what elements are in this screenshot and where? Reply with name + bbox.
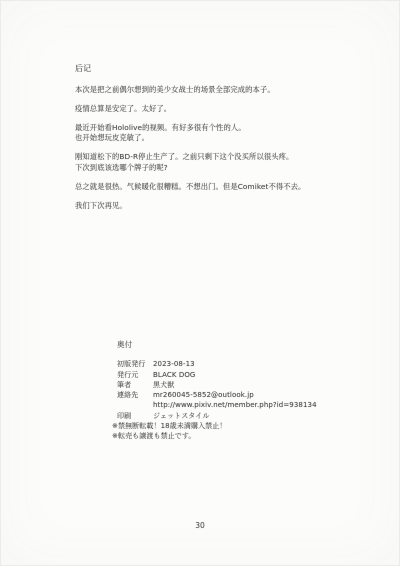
afterword-text-line: 最近开始看Hololive的视频。有好多很有个性的人。 — [75, 123, 375, 134]
afterword-paragraph: 最近开始看Hololive的视频。有好多很有个性的人。 也开始想玩皮克敏了。 — [75, 123, 375, 144]
colophon-label: 印刷 — [117, 411, 153, 421]
afterword-text-line: 也开始想玩皮克敏了。 — [75, 133, 375, 144]
colophon-value-pixiv-url: http://www.pixiv.net/member.php?id=93813… — [153, 400, 377, 410]
afterword-paragraph: 刚知道松下的BD-R停止生产了。之前只剩下这个没买所以很头疼。 下次到底该选哪个… — [75, 152, 375, 173]
afterword-text-line: 疫情总算是安定了。太好了。 — [75, 104, 375, 115]
colophon-label: 初版発行 — [117, 359, 153, 369]
colophon-value-date: 2023-08-13 — [153, 359, 377, 369]
colophon-row-printer: 印刷 ジェットスタイル — [117, 411, 377, 421]
colophon-label: 発行元 — [117, 370, 153, 380]
afterword-section: 后记 本次是把之前偶尔想到的美少女战士的场景全部完成的本子。 疫情总算是安定了。… — [75, 64, 375, 220]
colophon-value-author: 黒犬獣 — [153, 380, 377, 390]
afterword-text-line: 总之就是很热。气候暖化很糟糕。不想出门。但是Comiket不得不去。 — [75, 182, 375, 193]
colophon-notice-no-resale: ※転売も譲渡も禁止です。 — [112, 431, 377, 441]
afterword-text-line: 本次是把之前偶尔想到的美少女战士的场景全部完成的本子。 — [75, 85, 375, 96]
afterword-paragraph: 总之就是很热。气候暖化很糟糕。不想出门。但是Comiket不得不去。 — [75, 182, 375, 193]
afterword-paragraph: 我们下次再见。 — [75, 201, 375, 212]
afterword-text-line: 我们下次再见。 — [75, 201, 375, 212]
page-number: 30 — [0, 521, 400, 530]
colophon-label: 筆者 — [117, 380, 153, 390]
afterword-paragraph: 本次是把之前偶尔想到的美少女战士的场景全部完成的本子。 — [75, 85, 375, 96]
colophon-row-first-edition: 初版発行 2023-08-13 — [117, 359, 377, 369]
colophon-value-email: mr260045-5852@outlook.jp — [153, 390, 377, 400]
afterword-paragraph: 疫情总算是安定了。太好了。 — [75, 104, 375, 115]
afterword-text-line: 刚知道松下的BD-R停止生产了。之前只剩下这个没买所以很头疼。 — [75, 152, 375, 163]
scanned-doujinshi-page: 后记 本次是把之前偶尔想到的美少女战士的场景全部完成的本子。 疫情总算是安定了。… — [0, 0, 400, 566]
afterword-title: 后记 — [75, 64, 375, 75]
colophon-label — [117, 400, 153, 410]
afterword-text-line: 下次到底该选哪个牌子的呢? — [75, 163, 375, 174]
colophon-row-publisher: 発行元 BLACK DOG — [117, 370, 377, 380]
colophon-row-contact: 連絡先 mr260045-5852@outlook.jp — [117, 390, 377, 400]
colophon-notice-no-reproduction: ※禁無断転載！18歳未満購入禁止！ — [112, 421, 377, 431]
colophon-value-printer: ジェットスタイル — [153, 411, 377, 421]
colophon-value-publisher: BLACK DOG — [153, 370, 377, 380]
colophon-row-author: 筆者 黒犬獣 — [117, 380, 377, 390]
colophon-title: 奥付 — [117, 340, 377, 350]
colophon-row-url: http://www.pixiv.net/member.php?id=93813… — [117, 400, 377, 410]
colophon-label: 連絡先 — [117, 390, 153, 400]
colophon-section: 奥付 初版発行 2023-08-13 発行元 BLACK DOG 筆者 黒犬獣 … — [117, 340, 377, 442]
